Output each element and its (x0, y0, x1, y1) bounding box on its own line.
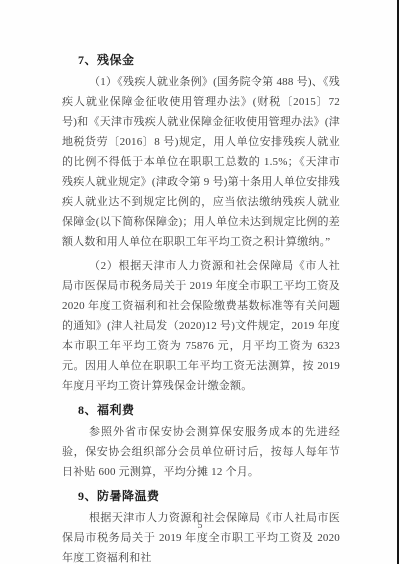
page-number: 5 (0, 520, 400, 531)
paragraph-fangshujiangwenfei-1: 根据天津市人力资源和社会保障局《市人社局市医保局市税务局关于 2019 年度全市… (62, 508, 340, 564)
paragraph-canbaojin-2: （2）根据天津市人力资源和社会保障局《市人社局市医保局市税务局关于 2019 年… (62, 256, 340, 396)
section-heading-8-fulifei: 8、福利费 (62, 400, 340, 420)
paragraph-canbaojin-1: （1）《残疾人就业条例》(国务院令第 488 号)、《残疾人就业保障金征收使用管… (62, 72, 340, 252)
section-heading-7-canbaojin: 7、残保金 (62, 50, 340, 70)
section-heading-9-fangshujiangwenfei: 9、防暑降温费 (62, 486, 340, 506)
document-page: 7、残保金 （1）《残疾人就业条例》(国务院令第 488 号)、《残疾人就业保障… (0, 0, 400, 564)
scan-edge-line (397, 0, 399, 564)
paragraph-fulifei-1: 参照外省市保安协会测算保安服务成本的先进经验，保安协会组织部分会员单位研讨后，按… (62, 422, 340, 482)
document-content: 7、残保金 （1）《残疾人就业条例》(国务院令第 488 号)、《残疾人就业保障… (62, 50, 340, 564)
